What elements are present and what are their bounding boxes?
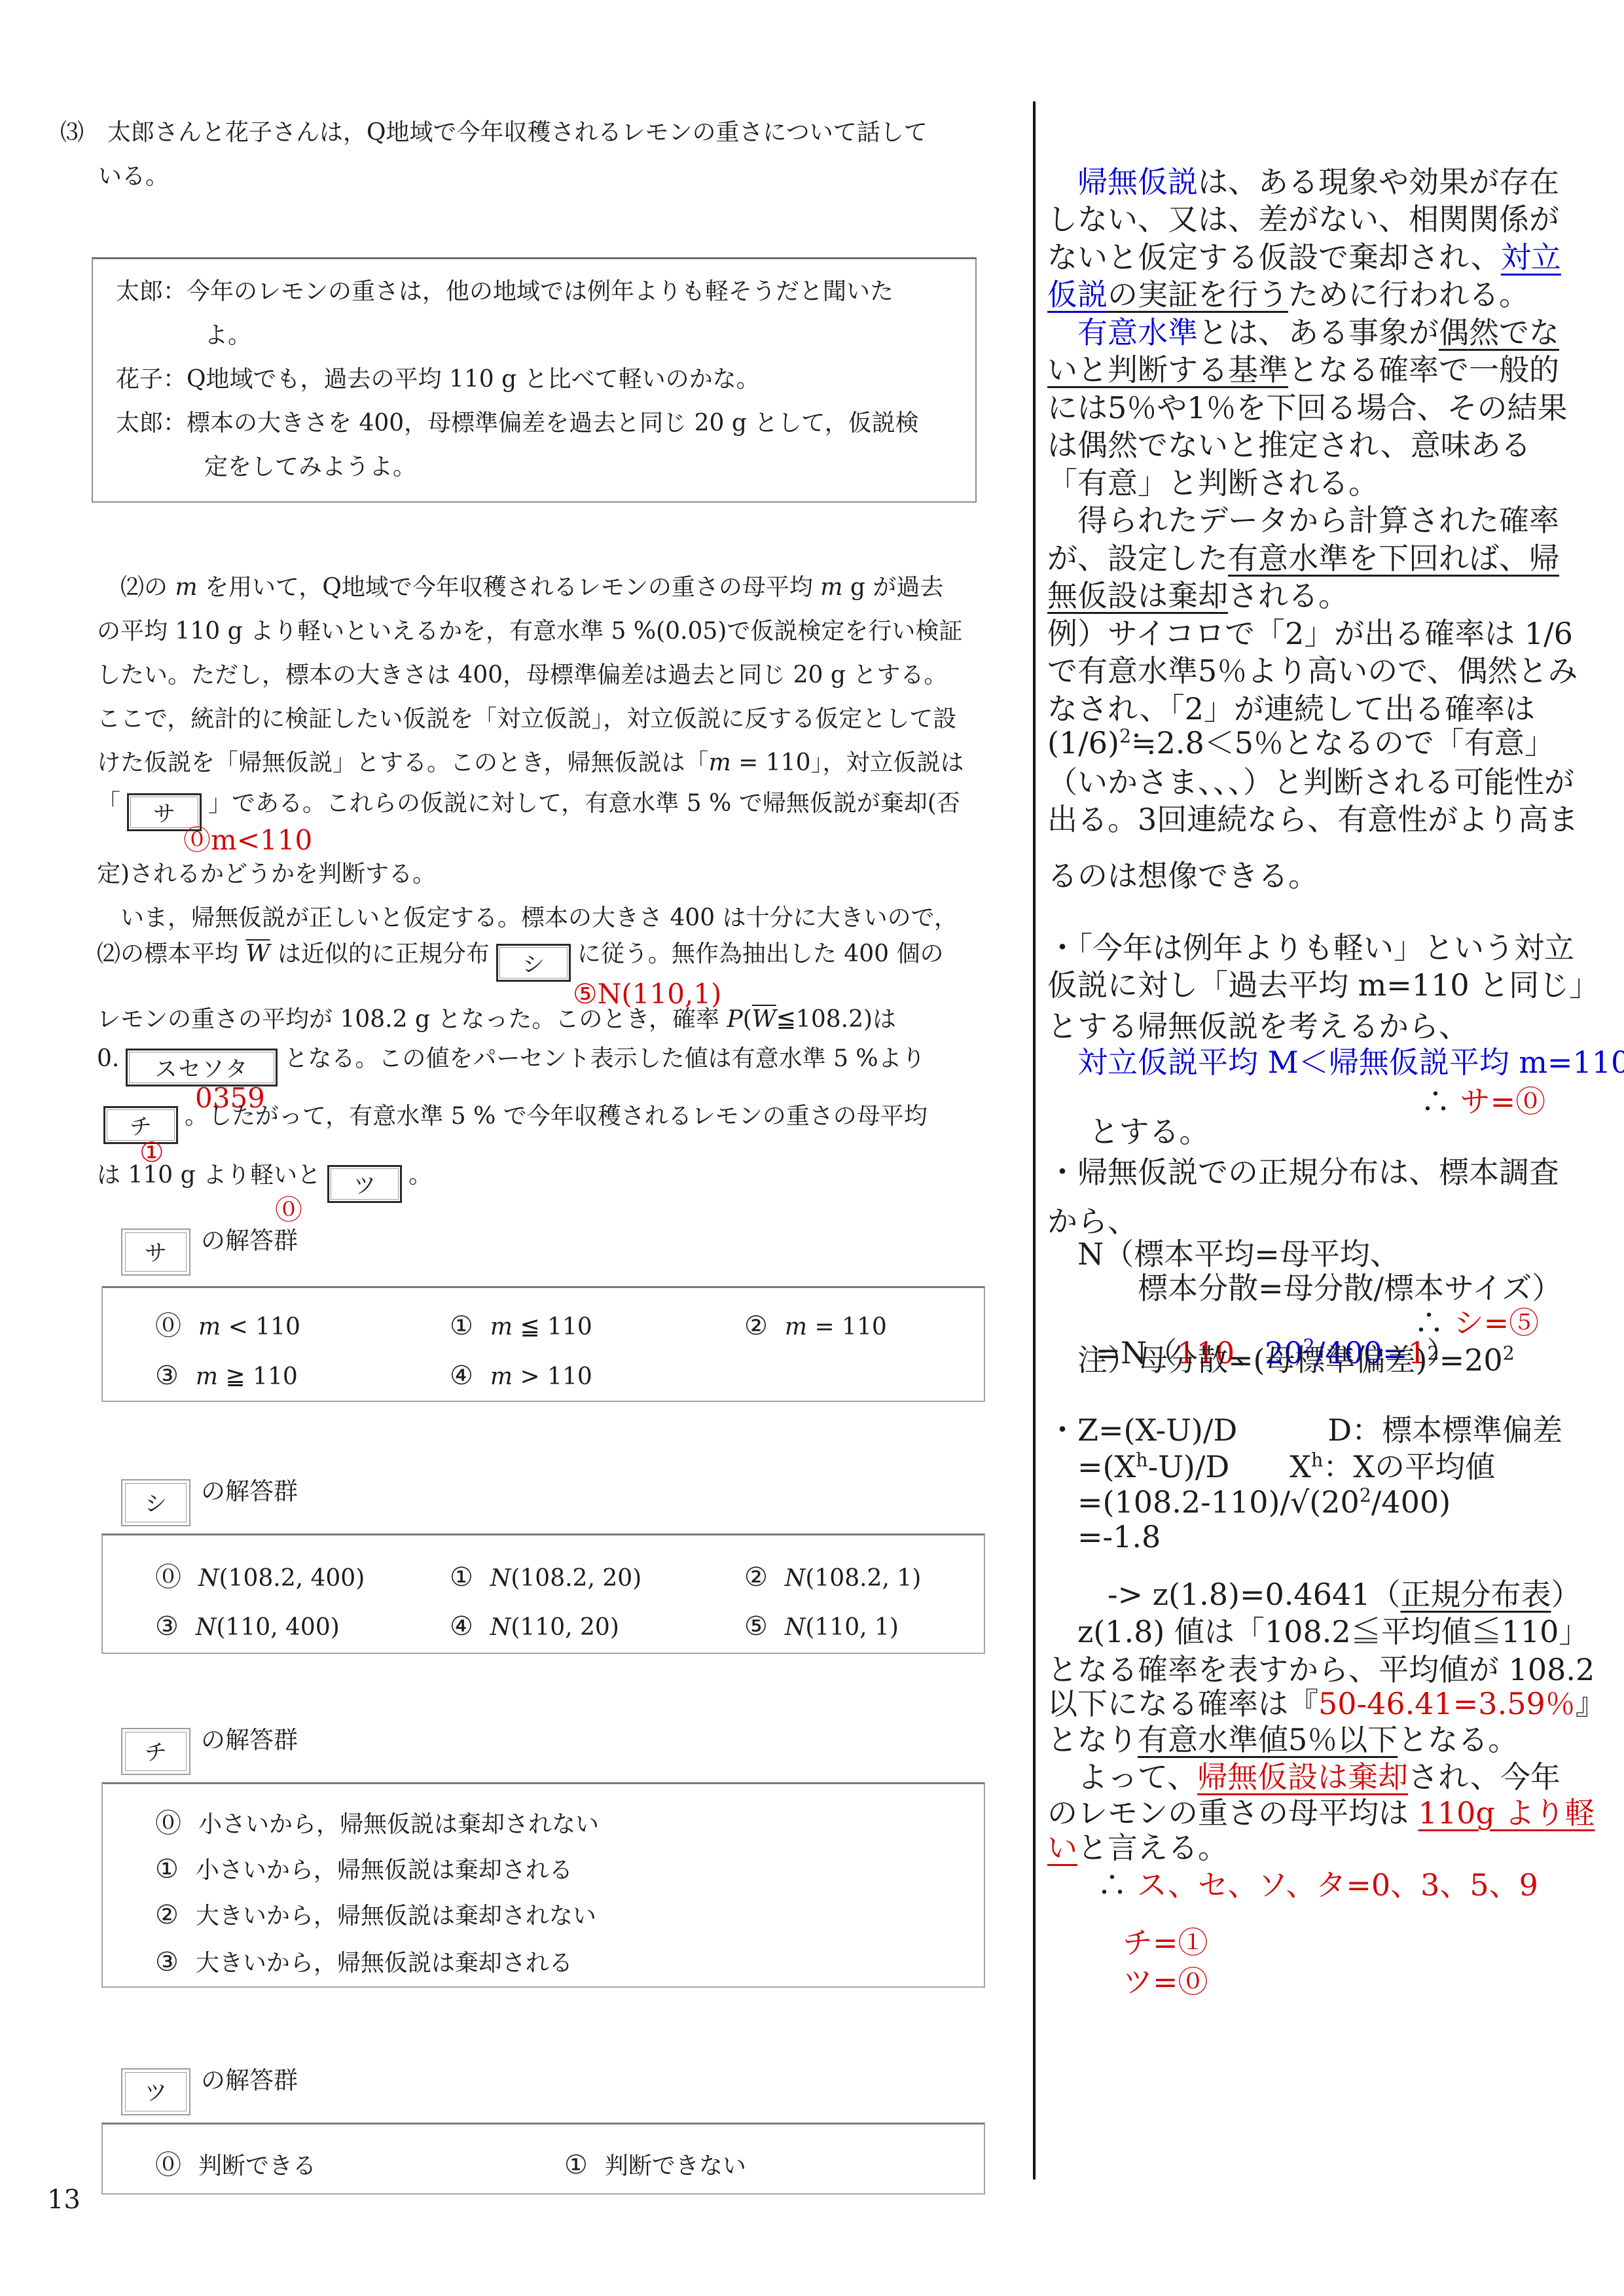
text-segment: 小さいから，帰無仮説は棄却される [196,1857,573,1884]
text-segment: 仮説に対し「過去平均 m=110 と同じ」 [1047,967,1599,1003]
text-segment: N [785,1565,806,1592]
text-segment: =20 [1439,1342,1503,1378]
note-line: 「有意」と判断される。 [1047,468,1379,498]
option-tsu-0: ⓪判断できる [155,2152,316,2178]
text-segment: 正規分布表 [1401,1577,1551,1612]
problem3-intro-line1: ⑶ 太郎さんと花子さんは，Q地域で今年収穫されるレモンの重さについて話して [60,121,928,145]
sa-options-box: ⓪m < 110 ①m ≦ 110 ②m = 110 ③m ≧ 110 ④m >… [101,1286,985,1402]
text-segment: 大きいから，帰無仮説は棄却される [196,1950,573,1977]
text-segment [1047,164,1077,200]
page-number: 13 [47,2185,81,2215]
answer-blank-box: ツ [327,1165,402,1203]
text-segment: 0. [97,1045,119,1072]
text-segment: =(108.2-110)/√(20 [1047,1484,1360,1520]
option-digit: ③ [155,1611,179,1641]
text-segment: m [820,574,842,601]
note-line-answer-tsu: ツ=⓪ [1123,1967,1208,1997]
note-line: しない、又は、差がない、相関関係が [1047,204,1559,234]
text-segment: =(X [1047,1449,1136,1484]
text-segment: ∴ [1420,1084,1460,1119]
note-line: 得られたデータから計算された確率 [1047,505,1559,535]
text-segment: ここで，統計的に検証したい仮説を「対立仮説」，対立仮説に反する仮定として設 [97,706,956,732]
dialogue-line-taro2b: 定をしてみようよ。 [204,456,416,479]
text-segment: /400) [1371,1484,1451,1520]
note-line: で有意水準5％より高いので、偶然とみ [1047,656,1578,686]
text-segment: 偶然でな [1439,315,1559,350]
text-segment: 有意水準値5％以下 [1138,1722,1398,1757]
option-digit: ① [564,2150,588,2180]
note-line: となり有意水準値5％以下となる。 [1047,1725,1518,1755]
text-segment: 以下になる確率は『 [1047,1686,1318,1721]
problem-line: したい。ただし，標本の大きさは 400，母標準偏差は過去と同じ 20 g とする… [97,664,947,687]
text-segment: となる。この値をパーセント表示した値は有意水準 5 %より [284,1045,925,1072]
text-segment: m [709,749,731,776]
text-segment: で有意水準5％より高いので、偶然とみ [1047,653,1578,689]
note-line: ・帰無仮説での正規分布は、標本調査 [1047,1157,1559,1187]
note-line: には5％や1％を下回る場合、その結果 [1047,393,1568,423]
text-segment: P [727,1006,742,1033]
option-digit: ⓪ [155,1562,181,1592]
option-digit: ② [744,1562,768,1592]
text-segment: m [785,1314,807,1340]
text-segment: ⑵の [97,574,175,601]
text-segment: い [1047,1830,1077,1865]
text-segment: -> z(1.8)=0.4641（ [1047,1577,1401,1612]
text-segment: > 110 [513,1363,592,1390]
text-segment: 太郎：今年のレモンの重さは，他の地域では例年よりも軽そうだと聞いた [116,278,893,305]
text-segment: しない、又は、差がない、相関関係が [1047,202,1559,237]
text-segment: ス、セ、ソ、タ=0、3、5、9 [1137,1867,1538,1903]
text-segment: z(1.8) 値は「108.2≦平均値≦110」 [1047,1614,1589,1649]
handwritten-answer-sa: ⓪m<110 [183,827,312,854]
option-digit: ① [155,1854,179,1884]
tsu-heading-label: ツ [125,2072,187,2111]
shi-heading-suffix: の解答群 [201,1477,298,1505]
text-segment: = 110 [807,1314,887,1340]
text-segment: N [785,1614,806,1641]
text-segment: ツ=⓪ [1123,1964,1208,2000]
text-segment: 太郎：標本の大きさを 400，母標準偏差を過去と同じ 20 g として，仮説検 [116,410,919,437]
text-segment: =-1.8 [1047,1519,1161,1554]
text-segment: ⑵の標本平均 [97,941,245,967]
text-segment: いる。 [98,163,169,190]
problem-line-blank-tsu: は 110 g より軽いとツ。 [97,1164,432,1203]
problem-line: 定)されるかどうかを判断する。 [97,863,436,886]
text-segment: よ。 [204,322,251,349]
note-line: 無仮設は棄却される。 [1047,581,1348,611]
note-line: 有意水準とは、ある事象が偶然でな [1047,317,1559,348]
option-sa-2: ②m = 110 [744,1313,887,1339]
option-chi-2: ②大きいから，帰無仮説は棄却されない [155,1902,596,1928]
text-segment: 。したがって，有意水準 5 % で今年収穫されるレモンの重さの母平均 [185,1103,928,1130]
tsu-heading-suffix: の解答群 [201,2066,298,2094]
option-digit: ⓪ [155,2150,181,2180]
note-line: るのは想像できる。 [1047,861,1318,891]
handwritten-answer-shi: ⑤N(110,1) [573,980,721,1008]
text-segment: ⑶ 太郎さんと花子さんは，Q地域で今年収穫されるレモンの重さについて話して [60,119,928,146]
text-segment: ：Xの平均値 [1323,1449,1495,1484]
answer-group-shi-heading: シの解答群 [121,1471,298,1526]
text-segment: の平均 110 g より軽いといえるかを，有意水準 5 %(0.05)で仮説検定… [97,618,962,645]
text-segment: レモンの重さの平均が 108.2 g となった。このとき，確率 [97,1006,727,1033]
sa-heading-suffix: の解答群 [201,1227,298,1255]
option-digit: ② [155,1900,179,1930]
note-line: 帰無仮説は、ある現象や効果が存在 [1047,167,1559,197]
answer-blank-box: シ [496,944,571,982]
text-segment: ・「今年は例年よりも軽い」という対立 [1047,930,1574,965]
answer-blank-box: スセソタ [126,1049,278,1086]
note-line: 仮説の実証を行うために行われる。 [1047,279,1529,310]
text-segment: したい。ただし，標本の大きさは 400，母標準偏差は過去と同じ 20 g とする… [97,662,947,689]
dialogue-line-hanako: 花子：Q地域でも，過去の平均 110 g と比べて軽いのかな。 [116,368,760,391]
text-segment: 有意水準を下回れば、帰 [1228,541,1559,576]
text-segment: とする。 [1089,1114,1210,1149]
text-segment: 小さいから，帰無仮説は棄却されない [198,1811,599,1838]
problem-line: いま，帰無仮説が正しいと仮定する。標本の大きさ 400 は十分に大きいので， [97,906,958,930]
text-segment: となる確率を表すから、平均値が 108.2 [1047,1652,1595,1687]
text-segment: (110, 400) [216,1614,339,1641]
problem-line: ⑵の m を用いて，Q地域で今年収穫されるレモンの重さの母平均 m g が過去 [97,576,943,600]
text-segment: 2 [1119,726,1131,747]
text-segment: N [490,1614,511,1641]
text-segment: 定)されるかどうかを判断する。 [97,861,436,888]
text-segment: 標本分散=母分散/標本サイズ） [1047,1270,1562,1306]
note-text: とする。 [1089,1114,1210,1149]
dialogue-line-taro1b: よ。 [204,324,251,348]
text-segment: 定をしてみようよ。 [204,454,416,480]
text-segment: のレモンの重さの母平均は [1047,1795,1418,1831]
option-shi-0: ⓪N(108.2, 400) [155,1564,365,1590]
note-line-answer-chi: チ=① [1123,1928,1208,1958]
text-segment: ・帰無仮説での正規分布は、標本調査 [1047,1155,1559,1190]
text-segment: N [490,1565,511,1592]
note-line: =-1.8 [1047,1522,1161,1552]
option-sa-0: ⓪m < 110 [155,1313,300,1339]
text-segment: けた仮説を「帰無仮説」とする。このとき，帰無仮説は「 [97,749,709,776]
note-line: 例）サイコロで「2」が出る確率は 1/6 [1047,619,1573,649]
text-segment: よって、 [1047,1759,1197,1795]
note-line: 標本分散=母分散/標本サイズ） [1047,1273,1562,1303]
text-segment: < 110 [221,1314,300,1340]
column-divider [1033,101,1036,2179]
option-tsu-1: ①判断できない [564,2152,746,2178]
text-segment: から、 [1047,1204,1138,1239]
note-line: なされ、「2」が連続して出る確率は [1047,694,1535,724]
option-digit: ② [744,1311,768,1341]
problem-line-blank-susesota: 0.スセソタとなる。この値をパーセント表示した値は有意水準 5 %より [97,1047,926,1086]
text-segment: 出る。3回連続なら、有意性がより高ま [1047,802,1578,837]
note-line: いと言える。 [1047,1833,1228,1863]
chi-heading-suffix: の解答群 [201,1726,298,1754]
option-digit: ① [450,1311,473,1341]
note-line: から、 [1047,1206,1138,1236]
text-segment: m [175,574,197,601]
note-line-conclusion-sa: 対立仮説平均 M＜帰無仮説平均 m=110 [1047,1047,1624,1077]
option-digit: ④ [450,1611,473,1641]
handwritten-answer-tsu: ⓪ [275,1196,302,1224]
text-segment: となる確率で一般的 [1288,352,1559,387]
text-segment: 花子：Q地域でも，過去の平均 110 g と比べて軽いのかな。 [116,366,760,393]
text-segment: (108.2, 1) [805,1565,921,1592]
text-segment: 「 [97,790,120,817]
option-digit: ⓪ [155,1808,181,1839]
text-segment: が、設定した [1047,541,1228,576]
text-segment: とする帰無仮説を考えるから、 [1047,1009,1469,1044]
text-segment: は 110 g より軽いと [97,1162,321,1189]
text-segment: m [490,1363,513,1390]
shi-heading-label: シ [125,1483,187,1522]
note-line: N（標本平均=母平均、 [1047,1239,1400,1269]
chi-heading-label: チ [125,1732,187,1771]
text-segment: 』 [1576,1686,1606,1721]
text-segment: 」である。これらの仮説に対して，有意水準 5 % で帰無仮説が棄却(否 [208,790,960,817]
text-segment [1047,315,1077,350]
note-line: となる確率を表すから、平均値が 108.2 [1047,1655,1595,1685]
text-segment: を用いて，Q地域で今年収穫されるレモンの重さの母平均 [198,574,821,601]
tsu-heading-box: ツ [121,2068,190,2115]
answer-group-tsu-heading: ツの解答群 [121,2060,298,2115]
text-segment: N [196,1614,217,1641]
text-segment: 帰無仮説 [1077,164,1198,200]
note-line: =(108.2-110)/√(202/400) [1047,1487,1451,1517]
sa-heading-box: サ [121,1229,190,1276]
option-sa-3: ③m ≧ 110 [155,1363,298,1389]
text-segment: と言える。 [1077,1830,1228,1865]
dialogue-box: 太郎：今年のレモンの重さは，他の地域では例年よりも軽そうだと聞いた よ。 花子：… [92,257,977,503]
text-segment: (110, 20) [511,1614,619,1641]
text-segment [1047,1045,1077,1080]
chi-options-box: ⓪小さいから，帰無仮説は棄却されない ①小さいから，帰無仮説は棄却される ②大き… [101,1782,985,1988]
option-chi-3: ③大きいから，帰無仮説は棄却される [155,1949,573,1975]
text-segment: に従う。無作為抽出した 400 個の [577,941,944,967]
text-segment: いま，帰無仮説が正しいと仮定する。標本の大きさ 400 は十分に大きいので， [97,905,958,931]
text-segment: m [196,1363,218,1390]
text-segment: 例）サイコロで「2」が出る確率は 1/6 [1047,616,1573,651]
option-digit: ⓪ [155,1311,181,1341]
option-digit: ⑤ [744,1611,768,1641]
text-segment: 対立仮説平均 M＜帰無仮説平均 m=110 [1077,1045,1624,1080]
text-segment: g が過去 [842,574,943,601]
problem-line-blank-shi: ⑵の標本平均 W は近似的に正規分布シに従う。無作為抽出した 400 個の [97,942,944,982]
text-segment: となり [1047,1722,1138,1757]
text-segment: 対立 [1501,240,1561,275]
chi-heading-box: チ [121,1728,190,1775]
text-segment: とは、ある事象が [1198,315,1439,350]
problem3-intro-line2: いる。 [98,165,169,188]
text-segment: される。 [1228,578,1348,613]
text-segment: 仮説 [1047,277,1108,312]
note-line: ないと仮定する仮設で棄却され、対立 [1047,242,1561,272]
answer-shi-value: ∴ シ=⑤ [1414,1308,1539,1338]
text-segment: ( [743,1006,752,1033]
text-segment: 。 [408,1162,432,1189]
text-segment: 無仮設は棄却 [1047,578,1228,613]
text-segment: なされ、「2」が連続して出る確率は [1047,691,1535,726]
text-segment: = 110」，対立仮説は [731,749,964,776]
text-segment: 大きいから，帰無仮説は棄却されない [196,1903,596,1929]
text-segment: 2 [1503,1343,1515,1365]
text-segment: の実証を行う [1108,277,1288,312]
problem-line-blank-chi: チ。したがって，有意水準 5 % で今年収穫されるレモンの重さの母平均 [97,1105,928,1144]
answer-sa-value: ∴ サ=⓪ [1420,1086,1545,1117]
text-segment: 得られたデータから計算された確率 [1047,503,1559,538]
text-segment: m [198,1314,221,1340]
text-segment: 110g より軽 [1418,1795,1595,1831]
text-segment: -U)/D X [1148,1449,1311,1484]
note-line: いと判断する基準となる確率で一般的 [1047,355,1559,385]
text-segment: h [1136,1450,1147,1471]
text-segment: ≦108.2)は [776,1006,896,1033]
note-line: （いかさま、、、）と判断される可能性が [1047,767,1574,797]
text-segment: は、ある現象や効果が存在 [1198,164,1559,200]
note-line: (1/6)2≒2.8＜5％となるので「有意」 [1047,728,1555,758]
text-segment: N [198,1565,219,1592]
option-shi-3: ③N(110, 400) [155,1613,340,1640]
text-segment: シ=⑤ [1454,1305,1540,1340]
option-shi-4: ④N(110, 20) [450,1613,619,1640]
problem-line: ここで，統計的に検証したい仮説を「対立仮説」，対立仮説に反する仮定として設 [97,708,956,731]
text-segment: は近似的に正規分布 [270,941,489,967]
text-segment: h [1311,1450,1323,1471]
problem-line: の平均 110 g より軽いといえるかを，有意水準 5 %(0.05)で仮説検定… [97,620,962,643]
note-line: とする帰無仮説を考えるから、 [1047,1011,1469,1041]
text-segment: m [490,1314,513,1340]
option-sa-4: ④m > 110 [450,1363,592,1389]
option-digit: ④ [450,1361,473,1391]
text-segment: ） [1551,1577,1581,1612]
text-segment: 2 [1360,1485,1371,1507]
note-line: ・Z=(X-U)/D D：標本標準偏差 [1047,1415,1562,1445]
text-segment: サ=⓪ [1460,1084,1546,1119]
text-segment: ∴ [1067,1867,1137,1903]
text-segment: には5％や1％を下回る場合、その結果 [1047,390,1568,425]
dialogue-line-taro2: 太郎：標本の大きさを 400，母標準偏差を過去と同じ 20 g として，仮説検 [116,412,919,435]
text-segment: 判断できる [198,2153,316,2179]
tsu-options-box: ⓪判断できる ①判断できない [101,2123,985,2195]
text-segment: ないと仮定する仮設で棄却され、 [1047,240,1501,275]
note-line: が、設定した有意水準を下回れば、帰 [1047,543,1559,573]
text-segment: 帰無仮設は棄却 [1197,1759,1408,1795]
text-segment: ≒2.8＜5％となるので「有意」 [1131,725,1555,761]
answer-group-sa-heading: サの解答群 [121,1221,298,1276]
problem-line: レモンの重さの平均が 108.2 g となった。このとき，確率 P(W≦108.… [97,1008,896,1031]
note-line: -> z(1.8)=0.4641（正規分布表） [1047,1579,1581,1609]
exam-page: ⑶ 太郎さんと花子さんは，Q地域で今年収穫されるレモンの重さについて話して いる… [0,0,1624,2296]
option-shi-2: ②N(108.2, 1) [744,1564,921,1590]
text-segment: ために行われる。 [1288,277,1529,312]
text-segment: 2 [1427,1343,1439,1365]
note-line: ・「今年は例年よりも軽い」という対立 [1047,933,1574,963]
text-segment: ≦ 110 [513,1314,592,1340]
text-segment: (110, 1) [805,1614,899,1641]
note-line: のレモンの重さの母平均は 110g より軽 [1047,1798,1595,1828]
option-shi-5: ⑤N(110, 1) [744,1613,899,1640]
option-digit: ③ [155,1947,179,1977]
text-segment: 有意水準 [1077,315,1198,350]
option-digit: ③ [155,1361,179,1391]
option-shi-1: ①N(108.2, 20) [450,1564,641,1590]
text-segment: （いかさま、、、）と判断される可能性が [1047,764,1574,800]
text-segment: ∴ [1414,1305,1454,1340]
text-segment: 「有意」と判断される。 [1047,465,1379,501]
dialogue-line-taro1: 太郎：今年のレモンの重さは，他の地域では例年よりも軽そうだと聞いた [116,280,893,304]
text-segment: (108.2, 400) [219,1565,365,1592]
text-segment: ≧ 110 [218,1363,298,1390]
note-line: 仮説に対し「過去平均 m=110 と同じ」 [1047,970,1599,1000]
note-line: 注）母分散=(母標準偏差)2=202 [1047,1345,1515,1375]
text-segment: 注）母分散=(母標準偏差) [1047,1342,1427,1378]
note-line: z(1.8) 値は「108.2≦平均値≦110」 [1047,1617,1589,1647]
text-segment: るのは想像できる。 [1047,858,1318,893]
text-segment: され、今年 [1408,1759,1561,1795]
text-segment: 50-46.41=3.59％ [1318,1686,1576,1721]
text-segment: チ=① [1123,1925,1208,1960]
answer-group-chi-heading: チの解答群 [121,1720,298,1775]
text-segment: いと判断する基準 [1047,352,1288,387]
text-segment: W [752,1006,776,1033]
text-segment: (108.2, 20) [511,1565,641,1592]
shi-options-box: ⓪N(108.2, 400) ①N(108.2, 20) ②N(108.2, 1… [101,1534,985,1654]
option-digit: ① [450,1562,473,1592]
text-segment: は偶然でないと推定され、意味ある [1047,427,1531,463]
shi-heading-box: シ [121,1479,190,1526]
text-segment: (1/6) [1047,725,1119,761]
option-chi-0: ⓪小さいから，帰無仮説は棄却されない [155,1810,599,1837]
problem-line: けた仮説を「帰無仮説」とする。このとき，帰無仮説は「m = 110」，対立仮説は [97,751,964,775]
note-line: =(Xh-U)/D Xh：Xの平均値 [1047,1452,1495,1482]
note-line-answer-susesota: ∴ ス、セ、ソ、タ=0、3、5、9 [1067,1870,1538,1900]
text-segment: W [245,941,270,967]
sa-heading-label: サ [125,1232,187,1272]
option-sa-1: ①m ≦ 110 [450,1313,592,1339]
note-line: 以下になる確率は『50-46.41=3.59％』 [1047,1689,1606,1719]
note-line: は偶然でないと推定され、意味ある [1047,430,1531,460]
text-segment: となる。 [1398,1722,1518,1757]
text-segment: 判断できない [605,2153,746,2179]
note-line: よって、帰無仮設は棄却され、今年 [1047,1762,1561,1792]
option-chi-1: ①小さいから，帰無仮説は棄却される [155,1856,573,1882]
text-segment: N（標本平均=母平均、 [1047,1236,1400,1272]
note-line: 出る。3回連続なら、有意性がより高ま [1047,804,1578,834]
text-segment: ・Z=(X-U)/D D：標本標準偏差 [1047,1412,1562,1448]
